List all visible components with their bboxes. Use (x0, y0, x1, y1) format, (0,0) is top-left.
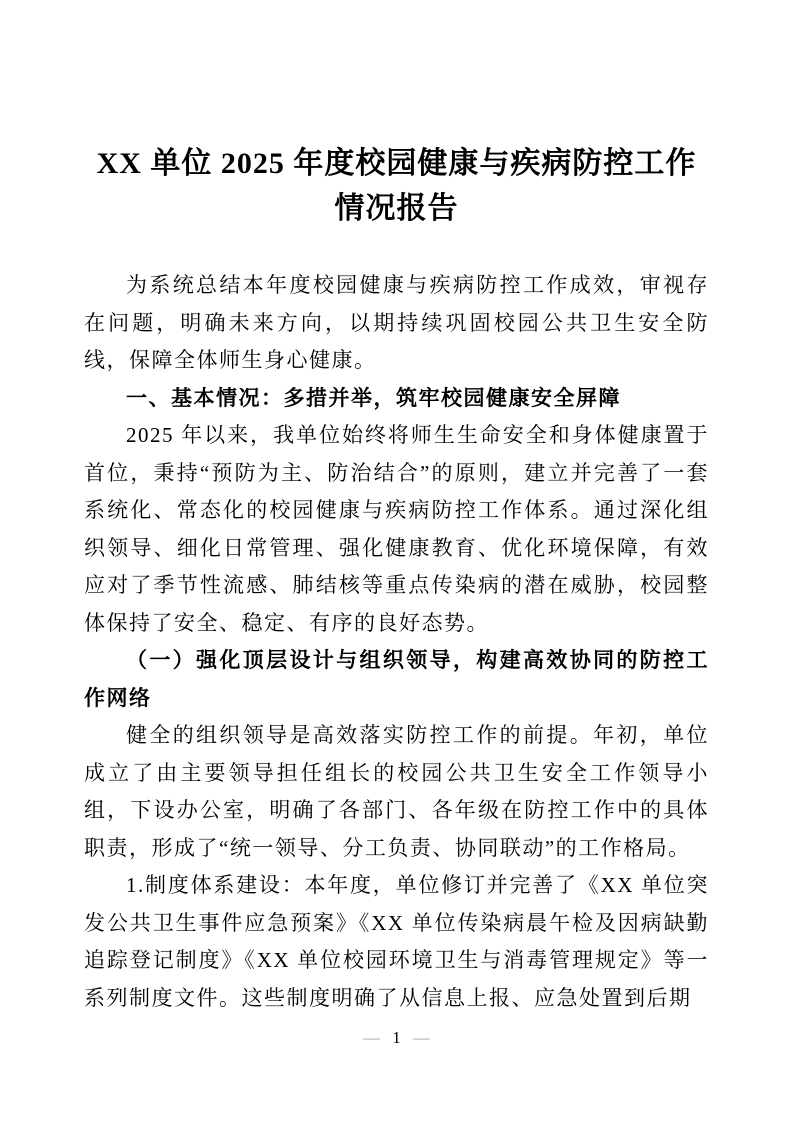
paragraph-org-leadership: 健全的组织领导是高效落实防控工作的前提。年初，单位成立了由主要领导担任组长的校园… (84, 717, 709, 867)
subsection-heading-top-level-design: （一）强化顶层设计与组织领导，构建高效协同的防控工作网络 (84, 642, 709, 717)
page-footer: —1— (0, 1026, 793, 1050)
report-title: XX 单位 2025 年度校园健康与疾病防控工作情况报告 (84, 141, 709, 231)
document-page: XX 单位 2025 年度校园健康与疾病防控工作情况报告 为系统总结本年度校园健… (0, 0, 793, 1122)
paragraph-institution-building: 1.制度体系建设：本年度，单位修订并完善了《XX 单位突发公共卫生事件应急预案》… (84, 867, 709, 1017)
paragraph-overview-2025: 2025 年以来，我单位始终将师生生命安全和身体健康置于首位，秉持“预防为主、防… (84, 417, 709, 642)
page-number: 1 (392, 1028, 401, 1047)
footer-dash-right: — (413, 1028, 430, 1047)
footer-dash-left: — (363, 1028, 380, 1047)
section-heading-basic-situation: 一、基本情况：多措并举，筑牢校园健康安全屏障 (84, 380, 709, 418)
intro-paragraph: 为系统总结本年度校园健康与疾病防控工作成效，审视存在问题，明确未来方向，以期持续… (84, 267, 709, 380)
